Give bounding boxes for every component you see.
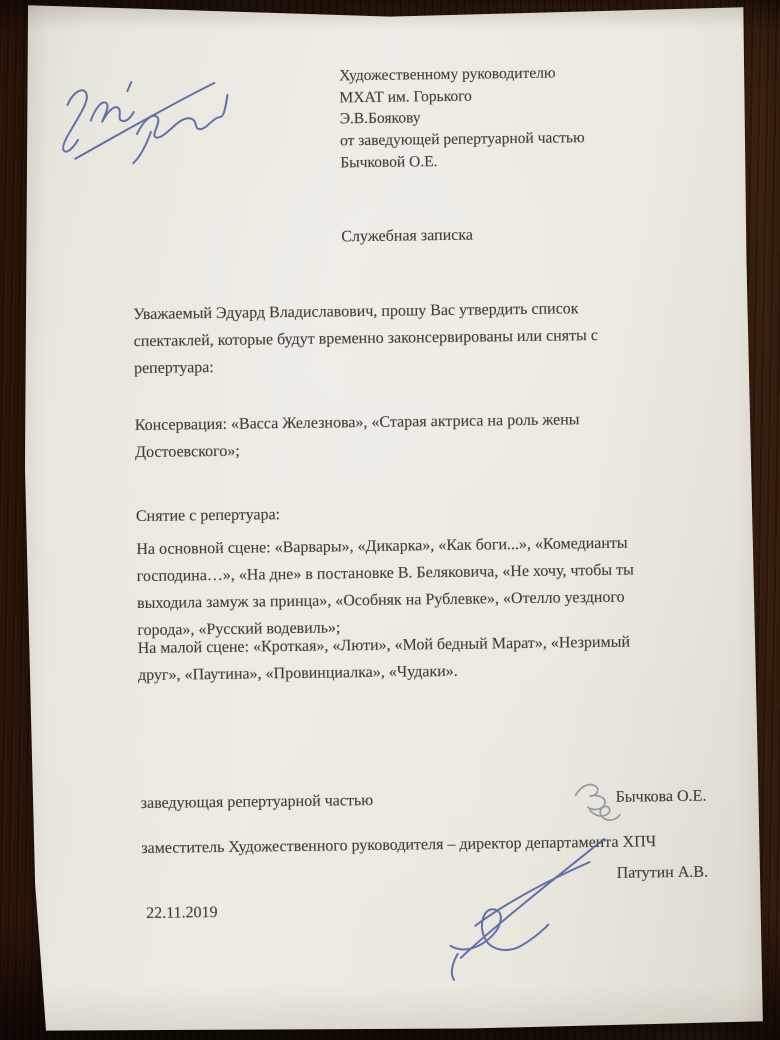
patutin-signature [449, 839, 606, 980]
recipient-line: Художественному руководителю [339, 62, 584, 87]
document-title: Служебная записка [341, 227, 473, 247]
signature-role-bychkova: заведующая репертуарной частью [141, 792, 374, 813]
approval-note-handwriting [62, 81, 228, 164]
removal-heading: Снятие с репертуара: [136, 501, 280, 530]
signature-name-patutin: Патутин А.В. [617, 864, 709, 883]
photographed-memo: Художественному руководителю МХАТ им. Го… [0, 0, 780, 1040]
bychkova-signature [576, 784, 620, 820]
intro-paragraph: Уважаемый Эдуард Владиславович, прошу Ва… [133, 295, 598, 382]
recipient-block: Художественному руководителю МХАТ им. Го… [339, 62, 585, 174]
conservation-paragraph: Консервация: «Васса Железнова», «Старая … [135, 406, 580, 466]
document-date: 22.11.2019 [146, 904, 218, 923]
paragraph-line: Достоевского»; [135, 433, 580, 466]
signature-name-bychkova: Бычкова О.Е. [616, 788, 707, 807]
signature-role-patutin: заместитель Художественного руководителя… [141, 833, 656, 858]
recipient-line: от заведующей репертуарной частью [340, 127, 585, 152]
paragraph-line: друг», «Паутина», «Провинциалка», «Чудак… [138, 656, 631, 689]
memo-paper-sheet: Художественному руководителю МХАТ им. Го… [0, 0, 780, 1040]
main-stage-paragraph: На основной сцене: «Варвары», «Дикарка»,… [136, 530, 635, 644]
recipient-line: Бычковой О.Е. [340, 149, 585, 174]
recipient-line: МХАТ им. Горького [339, 84, 584, 109]
paragraph-line: репертуара: [134, 349, 599, 382]
recipient-line: Э.В.Боякову [340, 106, 585, 131]
paper-shadow-wrap: Художественному руководителю МХАТ им. Го… [0, 0, 780, 1040]
small-stage-paragraph: На малой сцене: «Кроткая», «Люти», «Мой … [138, 629, 631, 689]
memo-content: Художественному руководителю МХАТ им. Го… [0, 0, 780, 1040]
